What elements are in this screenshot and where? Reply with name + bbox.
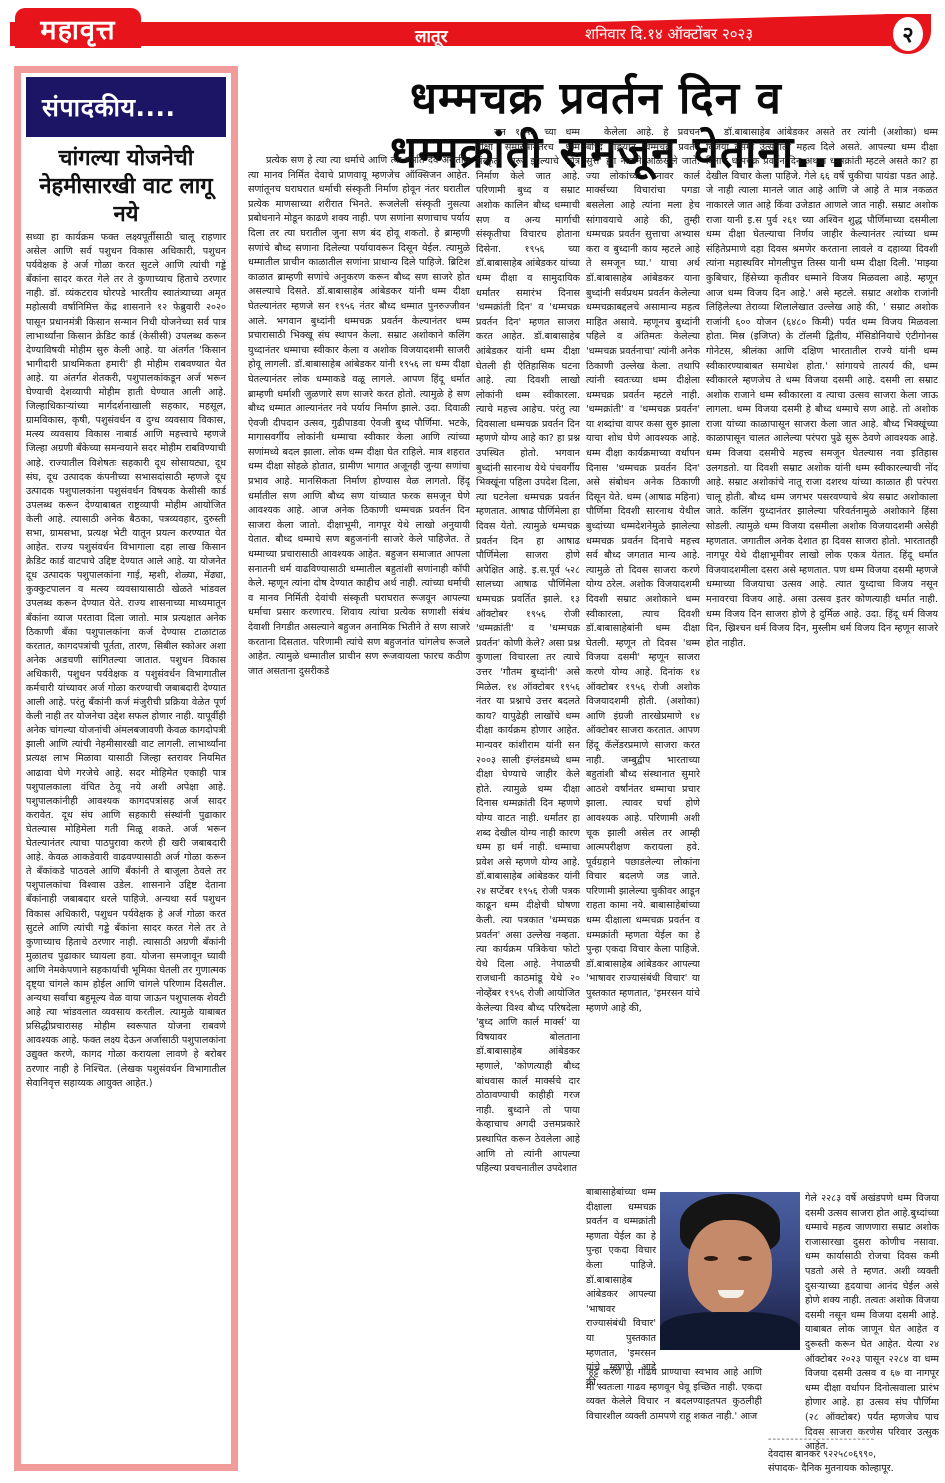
- photo-coat: [660, 1312, 800, 1350]
- article-column-3: केलेला आहे. हे प्रवचन बौध्द वाङ्मयात 'धम…: [586, 126, 700, 1184]
- article-column-2-text: सन १९५६ च्या धम्म दीक्षा समारंभानंतरच धम…: [476, 126, 580, 1177]
- issue-date: शनिवार दि.१४ ऑक्टोंबर २०२३: [585, 24, 753, 44]
- paper-name: महावृत्त: [40, 10, 115, 47]
- editorial-title-line2: नेहमीसारखी वाट लागू नये: [26, 173, 226, 229]
- article-below-photo-text: 'हट्ट करणे हा गाढव प्राण्याचा स्वभाव आहे…: [586, 1367, 762, 1422]
- article-column-4-text: डॉ.बाबासाहेब आंबेडकर असते तर त्यांनी (अश…: [706, 126, 938, 651]
- article-below-photo: 'हट्ट करणे हा गाढव प्राण्याचा स्वभाव आहे…: [586, 1366, 762, 1424]
- article-column-3-narrow-text: बाबासाहेबांच्या धम्म दीक्षाला धम्मचक्र प…: [586, 1187, 656, 1388]
- edition-city: लातूर: [415, 24, 448, 47]
- article-column-1-text: प्रत्येक सण हे त्या त्या धर्माचे आणि त्य…: [248, 154, 470, 679]
- page-number-badge: २: [885, 14, 931, 54]
- photo-face: [688, 1220, 772, 1316]
- masthead: महावृत्त लातूर शनिवार दि.१४ ऑक्टोंबर २०२…: [0, 0, 945, 52]
- editorial-box: संपादकीय.... चांगल्या योजनेची नेहमीसारखी…: [14, 66, 238, 1471]
- article-column-2: सन १९५६ च्या धम्म दीक्षा समारंभानंतरच धम…: [476, 126, 580, 1466]
- editorial-section-label: संपादकीय....: [42, 90, 176, 124]
- article-column-3-text: केलेला आहे. हे प्रवचन बौध्द वाङ्मयात 'धम…: [586, 126, 700, 1016]
- editorial-body: सध्या हा कार्यक्रम फक्त लक्ष्यपूर्तीसाठी…: [26, 231, 226, 1091]
- author-signature: ------------------------ देवदास बानकर ९२…: [768, 1433, 943, 1477]
- paper-logo: महावृत्त: [15, 8, 141, 48]
- article-column-4-tail-text: गेले २२८३ वर्षे अखंडपणे धम्म विजया दसमी …: [805, 1193, 939, 1452]
- author-name-phone: देवदास बानकर ९२२५८०६९९०,: [768, 1448, 943, 1463]
- author-photo: [660, 1192, 800, 1350]
- author-role: संपादक- दैनिक मुतनायक कोल्हापूर.: [768, 1462, 943, 1477]
- editorial-title-line1: चांगल्या योजनेची: [26, 145, 226, 173]
- article-column-4: डॉ.बाबासाहेब आंबेडकर असते तर त्यांनी (अश…: [706, 126, 938, 1186]
- editorial-section-header: संपादकीय....: [26, 77, 226, 137]
- page-number: २: [893, 17, 923, 51]
- headline-line1: धम्मचक्र प्रवर्तन दिन व: [410, 66, 782, 126]
- article-column-3-narrow: बाबासाहेबांच्या धम्म दीक्षाला धम्मचक्र प…: [586, 1186, 656, 1390]
- article-column-4-tail: गेले २२८३ वर्षे अखंडपणे धम्म विजया दसमी …: [805, 1192, 939, 1455]
- signature-divider: ------------------------: [768, 1433, 943, 1448]
- article-column-1: प्रत्येक सण हे त्या त्या धर्माचे आणि त्य…: [248, 154, 470, 1474]
- editorial-inner: संपादकीय.... चांगल्या योजनेची नेहमीसारखी…: [21, 73, 231, 1464]
